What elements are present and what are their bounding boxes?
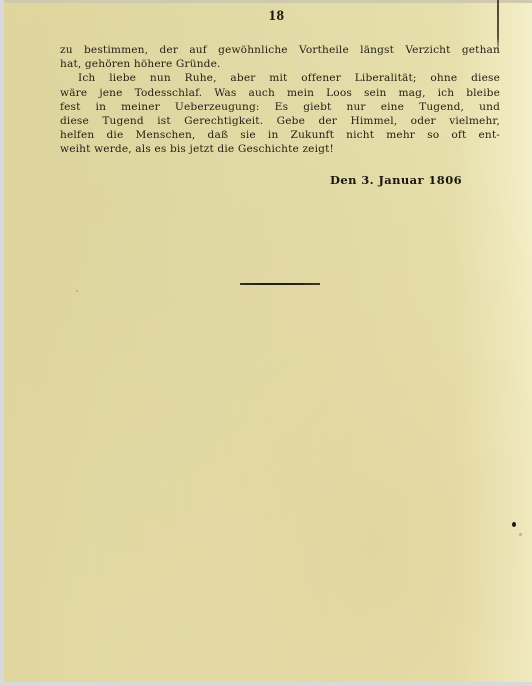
ink-speck: [512, 522, 516, 527]
paper-speck: [76, 290, 78, 292]
text-line: zu bestimmen, der auf gewöhnliche Vorthe…: [60, 43, 500, 57]
body-text: zu bestimmen, der auf gewöhnliche Vorthe…: [60, 43, 500, 157]
page-top-edge: [4, 0, 532, 3]
scan-frame-bottom: [0, 682, 532, 686]
text-line: weiht werde, als es bis jetzt die Geschi…: [60, 142, 500, 156]
book-page: 18 zu bestimmen, der auf gewöhnliche Vor…: [4, 0, 532, 682]
text-line: wäre jene Todesschlaf. Was auch mein Loo…: [60, 86, 500, 100]
section-divider-rule: [240, 283, 320, 285]
text-line: hat, gehören höhere Gründe.: [60, 57, 500, 71]
text-line: fest in meiner Ueberzeugung: Es giebt nu…: [60, 100, 500, 114]
paper-speck: [519, 533, 522, 536]
date-signature: Den 3. Januar 1806: [330, 173, 462, 187]
text-line: diese Tugend ist Gerechtigkeit. Gebe der…: [60, 114, 500, 128]
text-line: Ich liebe nun Ruhe, aber mit offener Lib…: [60, 71, 500, 85]
page-number: 18: [4, 8, 532, 25]
text-line: helfen die Menschen, daß sie in Zukunft …: [60, 128, 500, 142]
